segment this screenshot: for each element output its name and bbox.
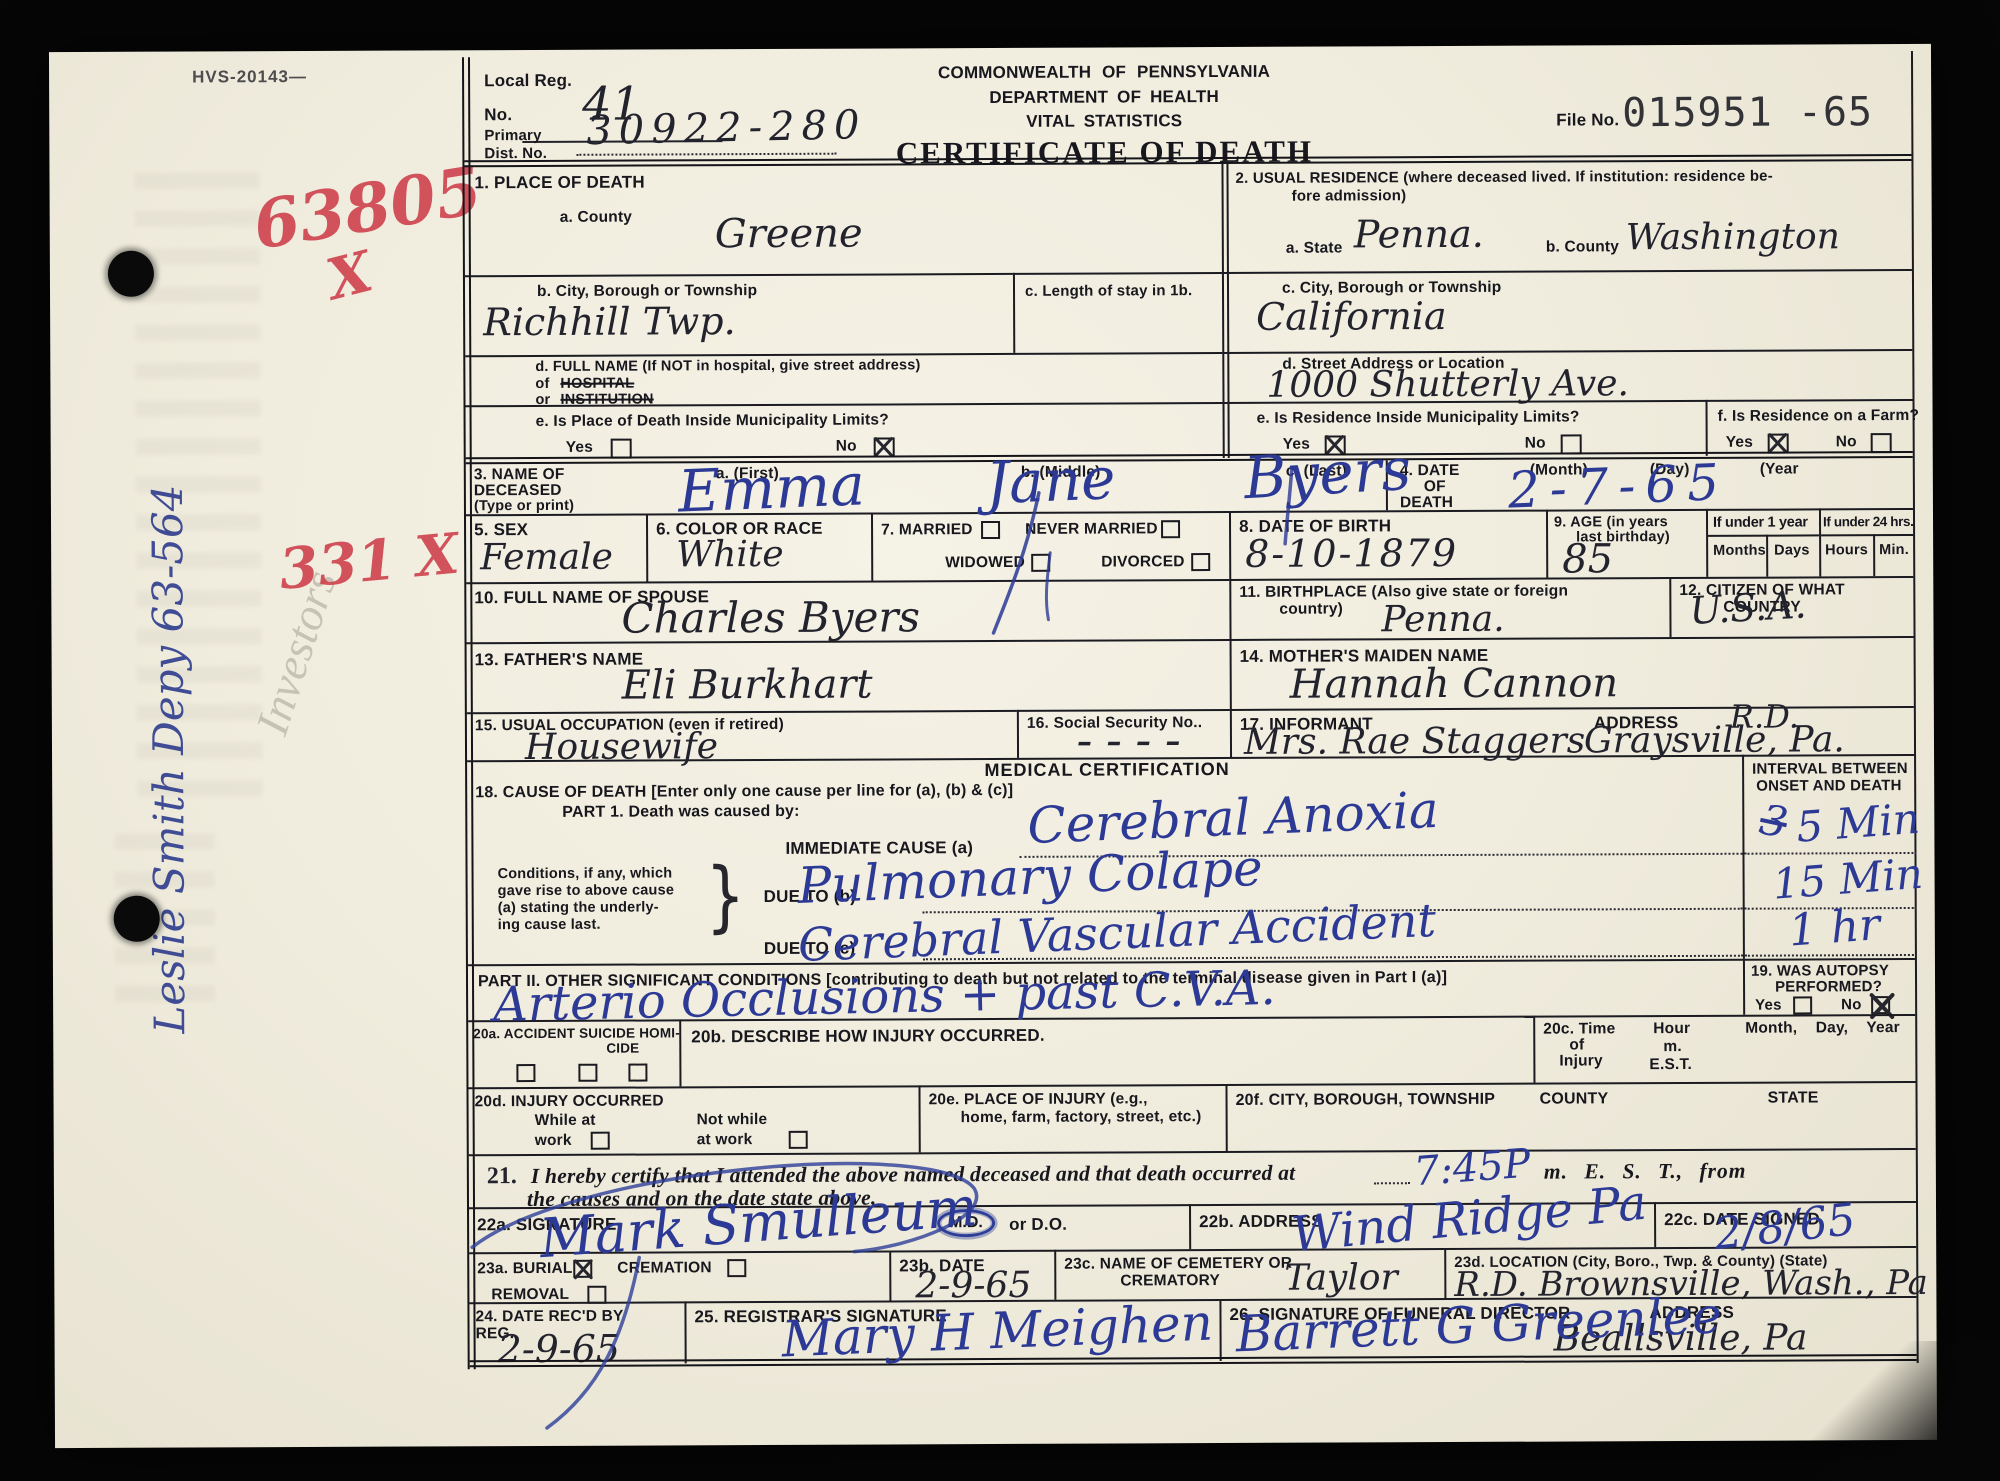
s9-under24-label: If under 24 hrs. <box>1823 514 1913 530</box>
local-reg-label: Local Reg. <box>484 71 572 91</box>
section-24-date-received: 24. DATE REC'D BY REG. 2-9-65 <box>469 1301 684 1364</box>
s13-label: 13. FATHER'S NAME <box>475 650 644 670</box>
margin-annotation-vertical: Leslie Smith Depy 63-564 <box>143 485 194 1034</box>
s18-brace: } <box>705 850 745 941</box>
s20d-label: 20d. INJURY OCCURRED <box>475 1092 664 1111</box>
s22a-or-do-label: or D.O. <box>1009 1215 1067 1235</box>
section-20e-place-of-injury: 20e. PLACE OF INJURY (e.g., home, farm, … <box>918 1084 1225 1152</box>
s20c-est-label: E.S.T. <box>1649 1056 1692 1074</box>
s2b-label: b. County <box>1546 238 1619 256</box>
s2b-county-value: Washington <box>1626 219 1840 256</box>
section-2ab-usual-residence: 2. USUAL RESIDENCE (where deceased lived… <box>1221 161 1911 272</box>
primary-dist-leader <box>576 153 836 156</box>
section-1a-place-of-death: 1. PLACE OF DEATH a. County Greene <box>464 164 1221 275</box>
s18-conditions-2: gave rise to above cause <box>498 882 675 899</box>
s7-married-label: 7. MARRIED <box>881 521 973 539</box>
file-no-label: File No. <box>1556 110 1619 130</box>
s2e-no-label: No <box>1525 435 1546 453</box>
s19-yes-checkbox <box>1793 996 1812 1014</box>
section-13-father: 13. FATHER'S NAME Eli Burkhart <box>467 639 1230 712</box>
s20d-not-1: Not while <box>697 1111 768 1129</box>
section-17-informant: 17. INFORMANT ADDRESS R.D. Mrs. Rae Stag… <box>1230 706 1914 757</box>
interval-a-value: 5 Min <box>1795 798 1921 849</box>
section-20b-how-injury: 20b. DESCRIBE HOW INJURY OCCURRED. <box>679 1016 1533 1087</box>
form-number-stamp: HVS-20143— <box>192 67 307 88</box>
s20a-accident-checkbox <box>516 1064 535 1082</box>
photo-background: Investors HVS-20143— 63805 X 331 X Lesli… <box>0 0 2000 1481</box>
section-7-marital-status: 7. MARRIED NEVER MARRIED WIDOWED DIVORCE… <box>871 511 1229 581</box>
section-2c-city: c. City, Borough or Township California <box>1222 269 1912 352</box>
s1a-label: a. County <box>560 209 632 227</box>
stub-margin: Investors HVS-20143— 63805 X 331 X Lesli… <box>49 44 1931 52</box>
s20d-while-1: While at <box>535 1112 596 1130</box>
s2f-yes-label: Yes <box>1726 434 1753 452</box>
s20e-label-2: home, farm, factory, street, etc.) <box>961 1108 1202 1127</box>
s24-label-1: 24. DATE REC'D BY <box>475 1308 623 1326</box>
s3-label-3: (Type or print) <box>474 498 574 515</box>
section-25-registrar: 25. REGISTRAR'S SIGNATURE Mary H Meighen <box>684 1299 1219 1363</box>
s23b-date-value: 2-9-65 <box>915 1268 1031 1305</box>
section-22c-date-signed: 22c. DATE SIGNED 2/8/65 <box>1654 1201 1916 1247</box>
s11-birthplace-value: Penna. <box>1381 602 1504 639</box>
s3-first-name: Emma <box>677 455 866 520</box>
section-9-age: 9. AGE (in years last birthday) 85 <box>1546 509 1706 578</box>
s3-last-name: Byers <box>1242 440 1412 507</box>
section-2f-farm: f. Is Residence on a Farm? Yes No <box>1705 399 1912 456</box>
s9-months-days-divider <box>1766 535 1768 577</box>
section-18-cause-of-death: MEDICAL CERTIFICATION 18. CAUSE OF DEATH… <box>467 755 1743 965</box>
s2f-no-label: No <box>1836 433 1857 451</box>
s2-title-2: fore admission) <box>1292 187 1407 205</box>
section-1d-hospital-name: d. FULL NAME (If NOT in hospital, give s… <box>465 352 1222 405</box>
s1d-of: of <box>535 376 549 393</box>
s1e-yes-label: Yes <box>566 439 593 457</box>
s7-widowed-label: WIDOWED <box>945 554 1025 572</box>
s20d-not-checkbox <box>789 1131 808 1149</box>
s1d-hospital-struck: HOSPITAL <box>560 376 634 393</box>
header-title-block: COMMONWEALTH OF PENNSYLVANIA DEPARTMENT … <box>869 61 1339 170</box>
section-18-interval-column: INTERVAL BETWEEN ONSET AND DEATH 3 5 Min… <box>1742 754 1915 959</box>
section-19-autopsy: 19. WAS AUTOPSY PERFORMED? Yes No <box>1743 958 1915 1015</box>
s20c-label-3: Injury <box>1559 1052 1602 1070</box>
section-23c-cemetery: 23c. NAME OF CEMETERY OR CREMATORY Taylo… <box>1054 1248 1444 1300</box>
interval-dotted-c <box>1745 954 1917 957</box>
punch-hole <box>114 896 160 942</box>
file-no-value: 015951 -65 <box>1622 89 1873 136</box>
s9-under1yr-rule <box>1708 534 1819 536</box>
s21-time-value: 7:45P <box>1413 1144 1532 1193</box>
s2-title-1: 2. USUAL RESIDENCE (where deceased lived… <box>1235 168 1772 188</box>
s19-label-2: PERFORMED? <box>1775 978 1882 996</box>
section-22a-signature: 22a. SIGNATURE Mark Smulleum M.D. or D.O… <box>469 1204 1189 1252</box>
s2a-label: a. State <box>1286 239 1343 257</box>
s20e-label-1: 20e. PLACE OF INJURY (e.g., <box>929 1090 1148 1109</box>
interval-c-value: 1 hr <box>1787 903 1881 954</box>
section-1b-city: b. City, Borough or Township Richhill Tw… <box>465 273 1013 355</box>
section-23b-date: 23b. DATE 2-9-65 <box>889 1250 1054 1301</box>
s20f-county-label: COUNTY <box>1540 1090 1609 1109</box>
part-2-other-conditions: PART II. OTHER SIGNIFICANT CONDITIONS [c… <box>468 959 1743 1021</box>
s20d-while-2: work <box>535 1132 572 1150</box>
s1e-label: e. Is Place of Death Inside Municipality… <box>536 411 889 430</box>
s20f-state-label: STATE <box>1768 1089 1819 1108</box>
s5-sex-value: Female <box>480 540 613 577</box>
s11-label-2: country) <box>1279 600 1343 618</box>
s17-informant-address: Graysville, Pa. <box>1584 722 1845 759</box>
s9-hours-min-divider <box>1873 534 1875 576</box>
red-crayon-x: X <box>320 238 378 313</box>
s19-yes-label: Yes <box>1755 997 1782 1014</box>
s16-ssn-value: – – – – <box>1077 727 1182 757</box>
s13-father-value: Eli Burkhart <box>622 665 873 706</box>
s19-no-label: No <box>1841 996 1861 1013</box>
s20c-hour-label: Hour <box>1653 1020 1690 1038</box>
s7-married-checkbox <box>981 521 1000 539</box>
s9-months-label: Months <box>1713 543 1766 560</box>
section-12-citizen: 12. CITIZEN OF WHAT COUNTRY U.S.A. <box>1669 576 1913 637</box>
interval-label-1: INTERVAL BETWEEN <box>1752 760 1908 778</box>
s1b-label: b. City, Borough or Township <box>537 282 757 301</box>
interval-b-value: 15 Min <box>1771 853 1924 906</box>
s12-citizen-value: U.S.A. <box>1688 585 1807 630</box>
s9-min-label: Min. <box>1879 542 1909 559</box>
s23c-cemetery-value: Taylor <box>1284 1260 1398 1296</box>
s25-registrar-signature: Mary H Meighen <box>781 1298 1214 1365</box>
s9-days-label: Days <box>1774 542 1810 559</box>
section-22b-address: 22b. ADDRESS Wind Ridge Pa <box>1189 1202 1654 1249</box>
interval-scratched-digit: 3 <box>1756 798 1791 845</box>
s20f-label: 20f. CITY, BOROUGH, TOWNSHIP <box>1236 1091 1496 1111</box>
section-16-ssn: 16. Social Security No.. – – – – <box>1017 709 1230 758</box>
death-certificate-paper: Investors HVS-20143— 63805 X 331 X Lesli… <box>49 44 1937 1448</box>
s1a-county-value: Greene <box>715 214 863 255</box>
section-4-date-of-death: 4. DATE OF DEATH (Month) (Day) (Year 2-7… <box>1386 458 1913 510</box>
section-11-birthplace: 11. BIRTHPLACE (Also give state or forei… <box>1229 577 1669 639</box>
primary-dist-number: 30922-280 <box>586 105 867 151</box>
s6-race-value: White <box>676 537 784 573</box>
s20d-while-checkbox <box>591 1132 610 1150</box>
s9-hours-label: Hours <box>1825 542 1868 559</box>
commonwealth-line: COMMONWEALTH OF PENNSYLVANIA <box>869 61 1339 83</box>
s4-year-label: (Year <box>1760 460 1799 478</box>
primary-dist-label-1: Primary <box>484 127 541 144</box>
s20c-m-label: m. <box>1663 1038 1682 1056</box>
s19-no-checkbox-checked <box>1871 996 1890 1014</box>
s9-age-value: 85 <box>1562 539 1613 579</box>
s18-conditions-1: Conditions, if any, which <box>498 865 673 882</box>
s21-leader-dots <box>1374 1182 1410 1184</box>
section-9-under-24-hrs: If under 24 hrs. Hours Min. <box>1819 508 1913 576</box>
s4-date-value: 2-7-65 <box>1507 457 1730 516</box>
s23c-label-1: 23c. NAME OF CEMETERY OR <box>1064 1255 1292 1274</box>
department-line: DEPARTMENT OF HEALTH <box>869 86 1339 108</box>
s7-never-married-checkbox <box>1161 520 1180 538</box>
interval-label-2: ONSET AND DEATH <box>1756 777 1902 795</box>
s2c-city-value: California <box>1256 297 1447 336</box>
no-label: No. <box>484 105 512 125</box>
s10-spouse-value: Charles Byers <box>621 596 920 639</box>
section-5-sex: 5. SEX Female <box>466 514 646 583</box>
vital-statistics-line: VITAL STATISTICS <box>869 111 1339 133</box>
s7-divorced-checkbox <box>1191 553 1210 571</box>
certificate-form: Local Reg. No. 41 Primary Dist. No. 3092… <box>462 51 1919 1369</box>
s2f-label: f. Is Residence on a Farm? <box>1718 407 1920 426</box>
section-1c-length-of-stay: c. Length of stay in 1b. <box>1013 272 1222 353</box>
s1b-city-value: Richhill Twp. <box>483 302 736 341</box>
s20d-not-2: at work <box>697 1131 753 1149</box>
photo-corner-shadow <box>1740 1341 2000 1481</box>
punch-hole <box>108 251 154 297</box>
s8-dob-value: 8-10-1879 <box>1245 534 1458 573</box>
section-2d-street: d. Street Address or Location 1000 Shutt… <box>1222 349 1912 402</box>
section-20d-injury-occurred: 20d. INJURY OCCURRED While at work Not w… <box>468 1085 918 1154</box>
s23c-label-2: CREMATORY <box>1120 1272 1220 1290</box>
s18-conditions-4: ing cause last. <box>498 917 601 934</box>
s18-conditions-3: (a) stating the underly- <box>498 899 659 916</box>
s18-cause-label: 18. CAUSE OF DEATH [Enter only one cause… <box>475 782 1013 803</box>
s2d-street-value: 1000 Shutterly Ave. <box>1266 366 1629 404</box>
s1-title: 1. PLACE OF DEATH <box>474 173 644 193</box>
s9-under1yr-label: If under 1 year <box>1713 514 1808 531</box>
s7-divorced-label: DIVORCED <box>1101 553 1184 571</box>
s2e-label: e. Is Residence Inside Municipality Limi… <box>1257 408 1580 427</box>
section-14-mother: 14. MOTHER'S MAIDEN NAME Hannah Cannon <box>1230 636 1914 709</box>
s21-number: 21. <box>487 1164 517 1188</box>
s20a-label-2: CIDE <box>606 1041 639 1057</box>
section-9-under-1-year: If under 1 year Months Days <box>1706 508 1819 576</box>
s1c-label: c. Length of stay in 1b. <box>1025 282 1192 300</box>
s20c-month-day-year-label: Month, Day, Year <box>1745 1019 1900 1037</box>
s20b-label: 20b. DESCRIBE HOW INJURY OCCURRED. <box>691 1026 1045 1047</box>
s7-widowed-checkbox <box>1031 554 1050 572</box>
section-3-name-of-deceased: 3. NAME OF DECEASED (Type or print) a. (… <box>466 460 1386 514</box>
s14-mother-value: Hannah Cannon <box>1290 663 1619 704</box>
red-crayon-number-2: 331 X <box>277 521 462 603</box>
s7-never-married-label: NEVER MARRIED <box>1025 520 1158 538</box>
s9-under24-rule <box>1821 534 1913 536</box>
section-15-occupation: 15. USUAL OCCUPATION (even if retired) H… <box>467 710 1017 760</box>
section-8-date-of-birth: 8. DATE OF BIRTH 8-10-1879 <box>1229 510 1546 579</box>
s15-occupation-value: Housewife <box>525 729 718 766</box>
s23a-cremation-checkbox <box>727 1259 746 1277</box>
s20a-homicide-checkbox <box>628 1064 647 1082</box>
s18-part1-label: PART 1. Death was caused by: <box>562 803 799 822</box>
red-crayon-number: 63805 <box>248 151 487 265</box>
s3-middle-name: Jane <box>985 449 1117 512</box>
s20a-suicide-checkbox <box>578 1064 597 1082</box>
s2a-state-value: Penna. <box>1354 215 1484 254</box>
section-20c-time-of-injury: 20c. Time of Injury Hour m. E.S.T. Month… <box>1533 1014 1915 1083</box>
s17-informant-name: Mrs. Rae Staggers <box>1244 723 1585 760</box>
section-20f-city: 20f. CITY, BOROUGH, TOWNSHIP COUNTY STAT… <box>1225 1081 1915 1151</box>
section-10-spouse: 10. FULL NAME OF SPOUSE Charles Byers <box>466 579 1229 642</box>
s1d-label: d. FULL NAME (If NOT in hospital, give s… <box>535 357 920 375</box>
